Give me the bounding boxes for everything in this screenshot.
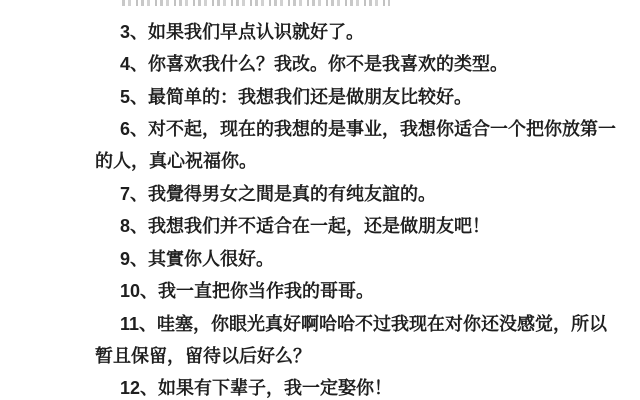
list-line-6: 6、对不起，现在的我想的是事业，我想你适合一个把你放第一: [120, 120, 616, 139]
list-line-10: 10、我一直把你当作我的哥哥。: [120, 282, 374, 301]
clipped-text-remnant: [122, 0, 390, 6]
list-line-4: 4、你喜欢我什么？我改。你不是我喜欢的类型。: [120, 55, 508, 74]
list-line-8: 8、我想我们并不适合在一起，还是做朋友吧！: [120, 217, 490, 236]
list-line-6-cont: 的人，真心祝福你。: [95, 152, 257, 171]
list-line-7: 7、我覺得男女之間是真的有纯友誼的。: [120, 185, 436, 204]
document-page: 3、如果我们早点认识就好了。 4、你喜欢我什么？我改。你不是我喜欢的类型。 5、…: [0, 0, 640, 400]
list-line-11-cont: 暂且保留，留待以后好么？: [95, 347, 311, 366]
list-line-11: 11、哇塞，你眼光真好啊哈哈不过我现在对你还没感觉，所以: [120, 315, 607, 334]
list-line-9: 9、其實你人很好。: [120, 250, 274, 269]
list-line-12: 12、如果有下辈子，我一定娶你！: [120, 379, 392, 398]
list-line-3: 3、如果我们早点认识就好了。: [120, 23, 364, 42]
list-line-5: 5、最简单的：我想我们还是做朋友比较好。: [120, 88, 472, 107]
